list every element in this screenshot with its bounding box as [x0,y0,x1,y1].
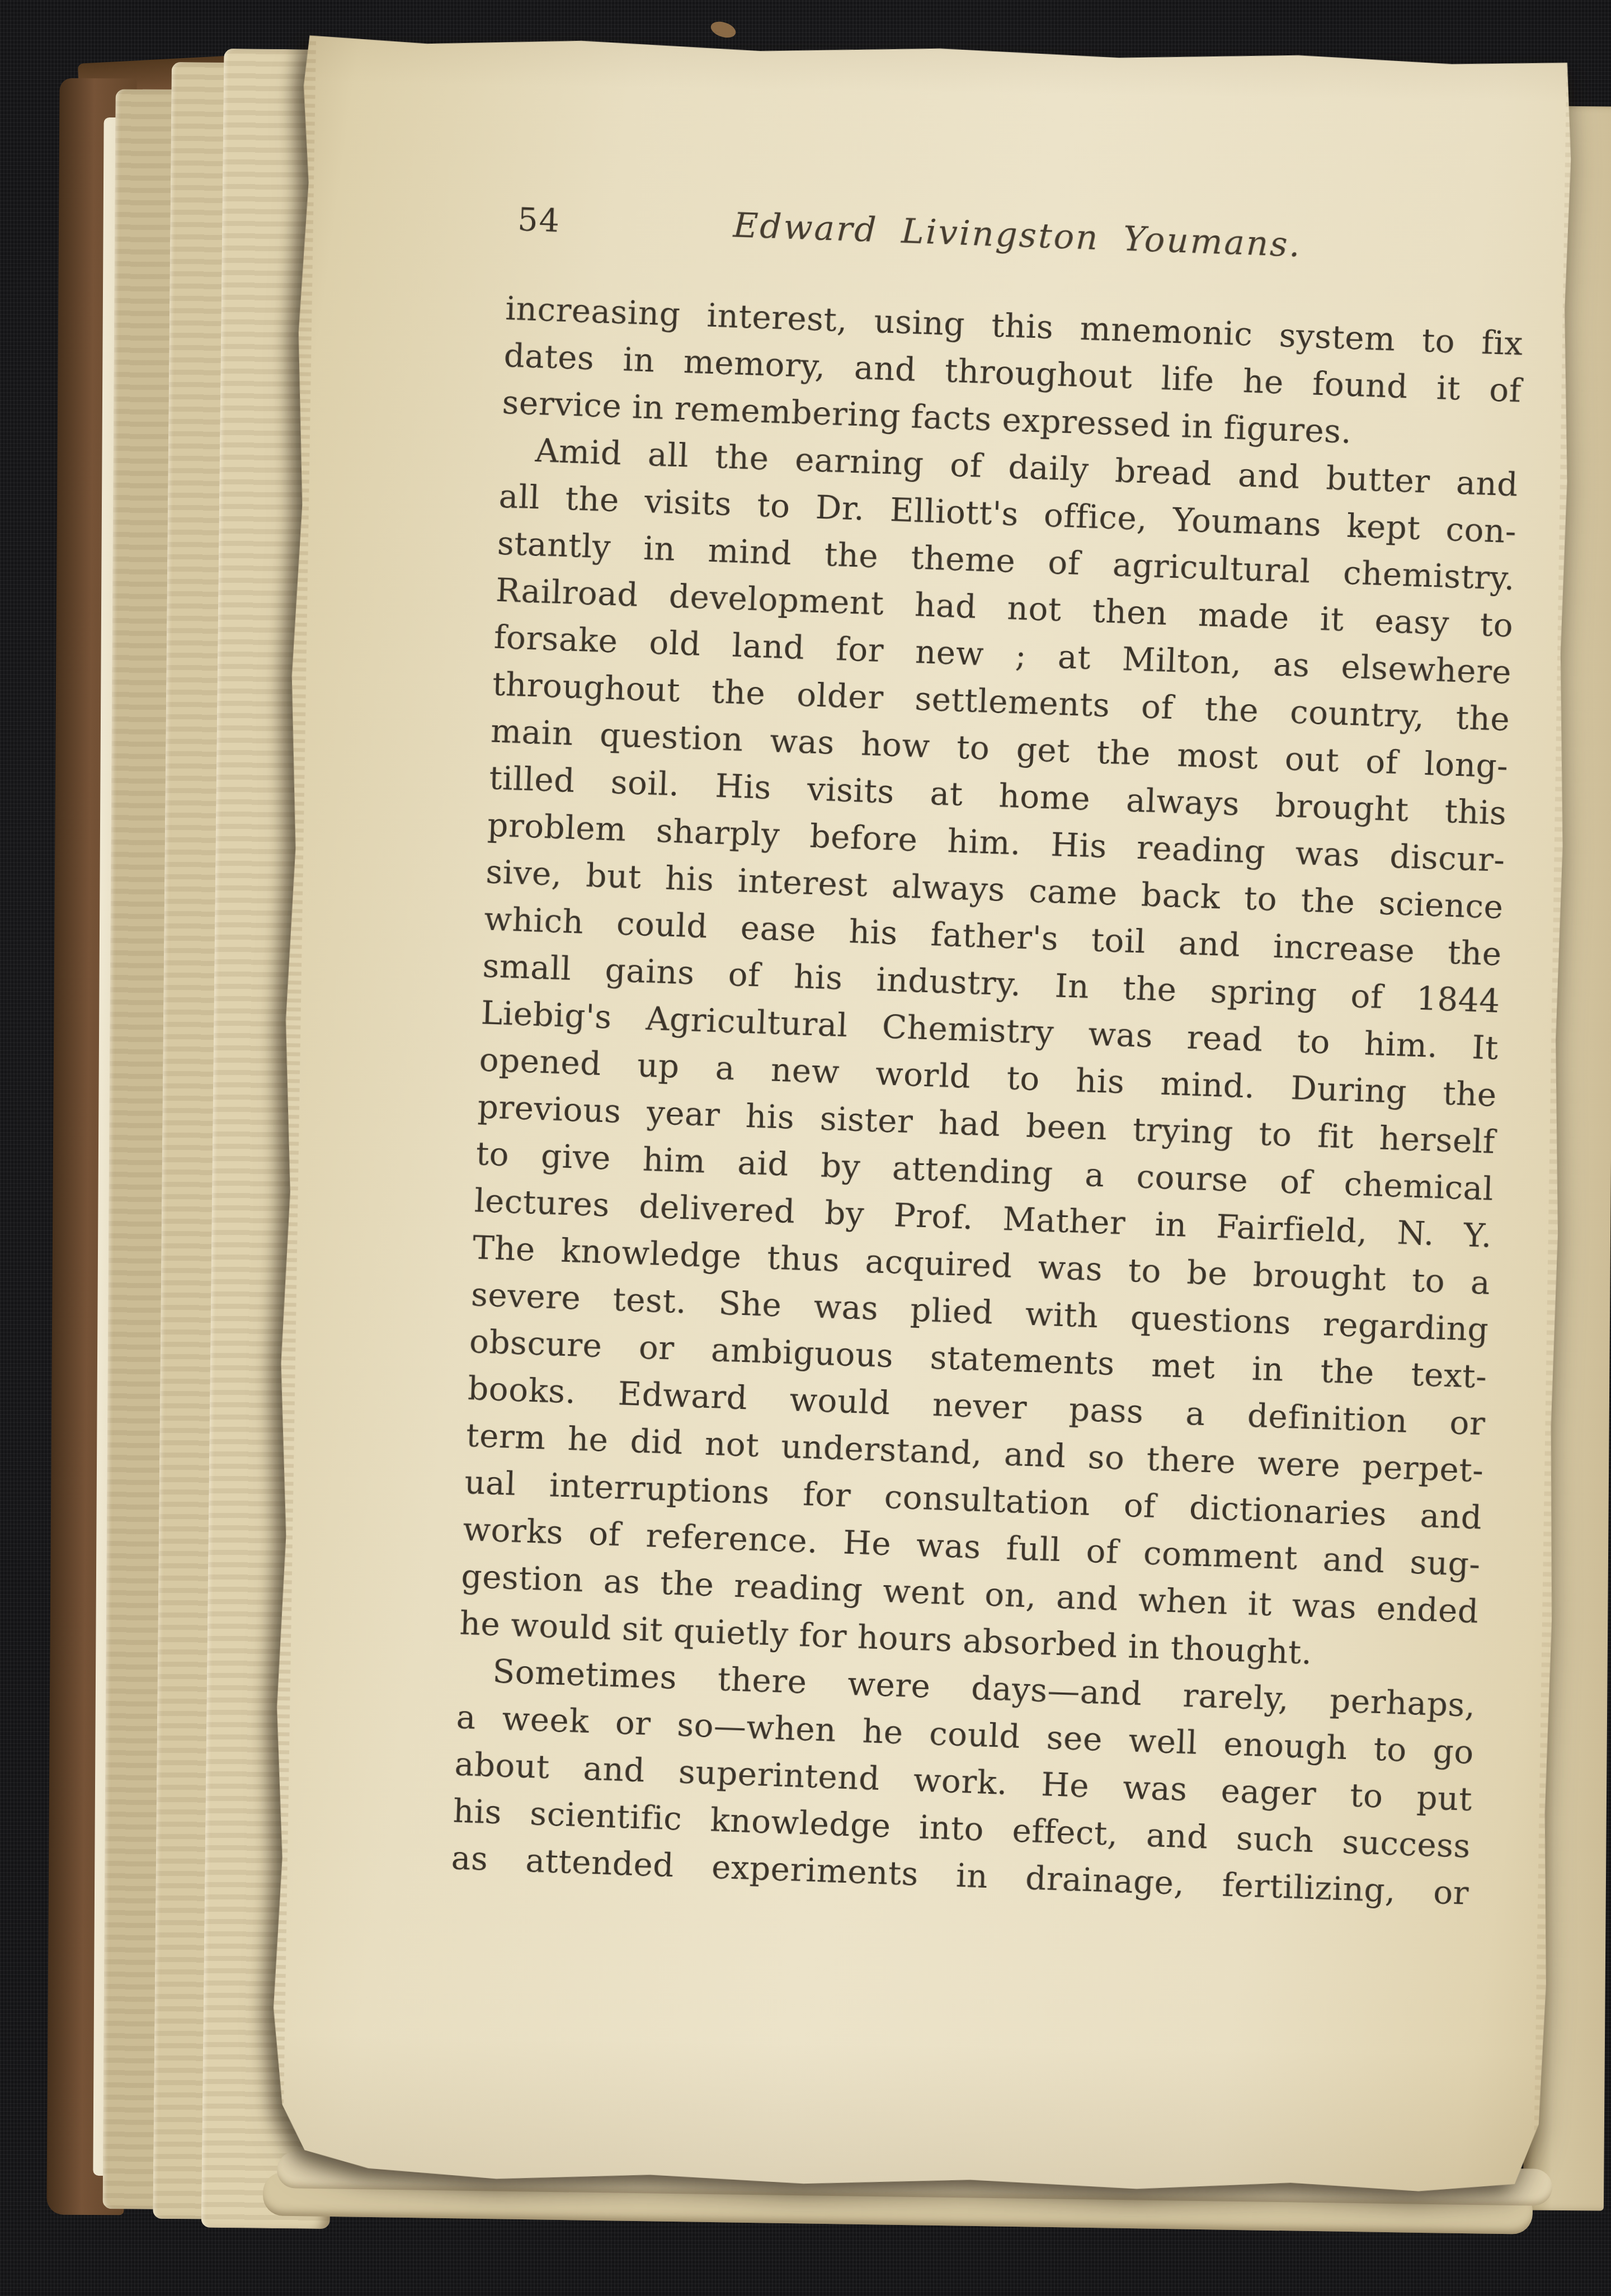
paragraph: Sometimes there were days—and rarely, pe… [451,1647,1477,1917]
paper-speck [709,19,738,41]
page-surface: 54 Edward Livingston Youmans. increasing… [266,32,1580,2199]
book-page: 54 Edward Livingston Youmans. increasing… [266,32,1580,2199]
photo-of-open-book: 54 Edward Livingston Youmans. increasing… [0,0,1611,2296]
paragraph: Amid all the earning of daily bread and … [459,426,1519,1682]
page-content: 54 Edward Livingston Youmans. increasing… [451,197,1527,1917]
page-header: 54 Edward Livingston Youmans. [507,197,1527,299]
running-header: Edward Livingston Youmans. [508,197,1527,272]
page-body: increasing interest, using this mnemonic… [451,285,1524,1917]
